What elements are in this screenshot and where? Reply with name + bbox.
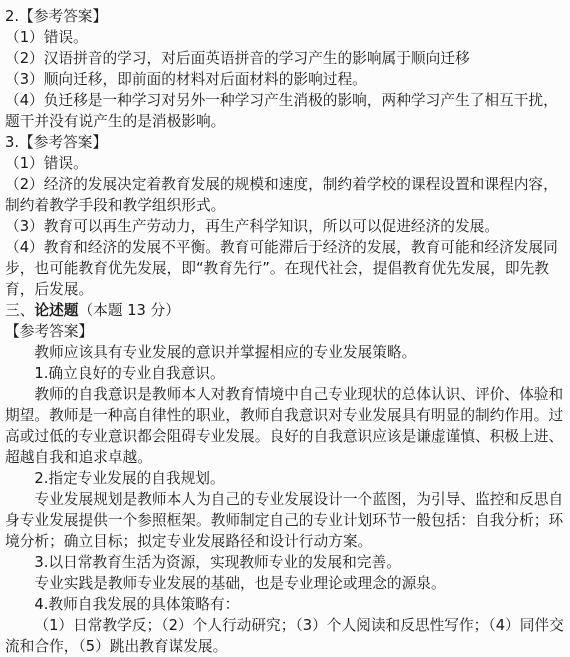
section3-paragraph-4: 2.指定专业发展的自我规划。 (5, 468, 566, 489)
q3-item-3: （3）教育可以再生产劳动力，再生产科学知识，所以可以促进经济的发展。 (5, 216, 566, 237)
section3-paragraph-5: 专业发展规划是教师本人为自己的专业发展设计一个蓝图，为引导、监控和反思自身专业发… (5, 489, 566, 552)
section3-score-note: （本题 13 分） (78, 302, 179, 319)
section3-heading: 三、论述题（本题 13 分） (5, 300, 566, 321)
answer-document: 2.【参考答案】 （1）错误。 （2）汉语拼音的学习，对后面英语拼音的学习产生的… (0, 0, 570, 657)
section3-paragraph-2: 1.确立良好的专业自我意识。 (5, 363, 566, 384)
q3-answer-label: 3.【参考答案】 (5, 132, 566, 153)
q2-item-1: （1）错误。 (5, 27, 566, 48)
section3-paragraph-6: 3.以日常教育生活为资源，实现教师专业的发展和完善。 (5, 552, 566, 573)
section3-number: 三、 (5, 302, 34, 319)
q2-item-4: （4）负迁移是一种学习对另外一种学习产生消极的影响，两种学习产生了相互干扰，题干… (5, 90, 566, 132)
section3-paragraph-7: 专业实践是教师专业发展的基础，也是专业理论或理念的源泉。 (5, 573, 566, 594)
q3-item-2: （2）经济的发展决定着教育发展的规模和速度，制约着学校的课程设置和课程内容，制约… (5, 174, 566, 216)
q2-item-2: （2）汉语拼音的学习，对后面英语拼音的学习产生的影响属于顺向迁移 (5, 48, 566, 69)
document-page: { "page": { "background_color": "#fcfcfc… (0, 0, 570, 657)
section3-paragraph-1: 教师应该具有专业发展的意识并掌握相应的专业发展策略。 (5, 342, 566, 363)
q3-item-1: （1）错误。 (5, 153, 566, 174)
q2-answer-label: 2.【参考答案】 (5, 6, 566, 27)
section3-paragraph-8: 4.教师自我发展的具体策略有： (5, 594, 566, 615)
section3-paragraph-9: （1）日常教学反；（2）个人行动研究；（3）个人阅读和反思性写作；（4）同伴交流… (5, 615, 566, 657)
q3-item-4: （4）教育和经济的发展不平衡。教育可能滞后于经济的发展，教育可能和经济发展同步，… (5, 237, 566, 300)
section3-title: 论述题 (34, 302, 78, 319)
section3-paragraph-3: 教师的自我意识是教师本人对教育情境中自己专业现状的总体认识、评价、体验和期望。教… (5, 384, 566, 468)
q2-item-3: （3）顺向迁移，即前面的材料对后面材料的影响过程。 (5, 69, 566, 90)
section3-answer-label: 【参考答案】 (5, 321, 566, 342)
